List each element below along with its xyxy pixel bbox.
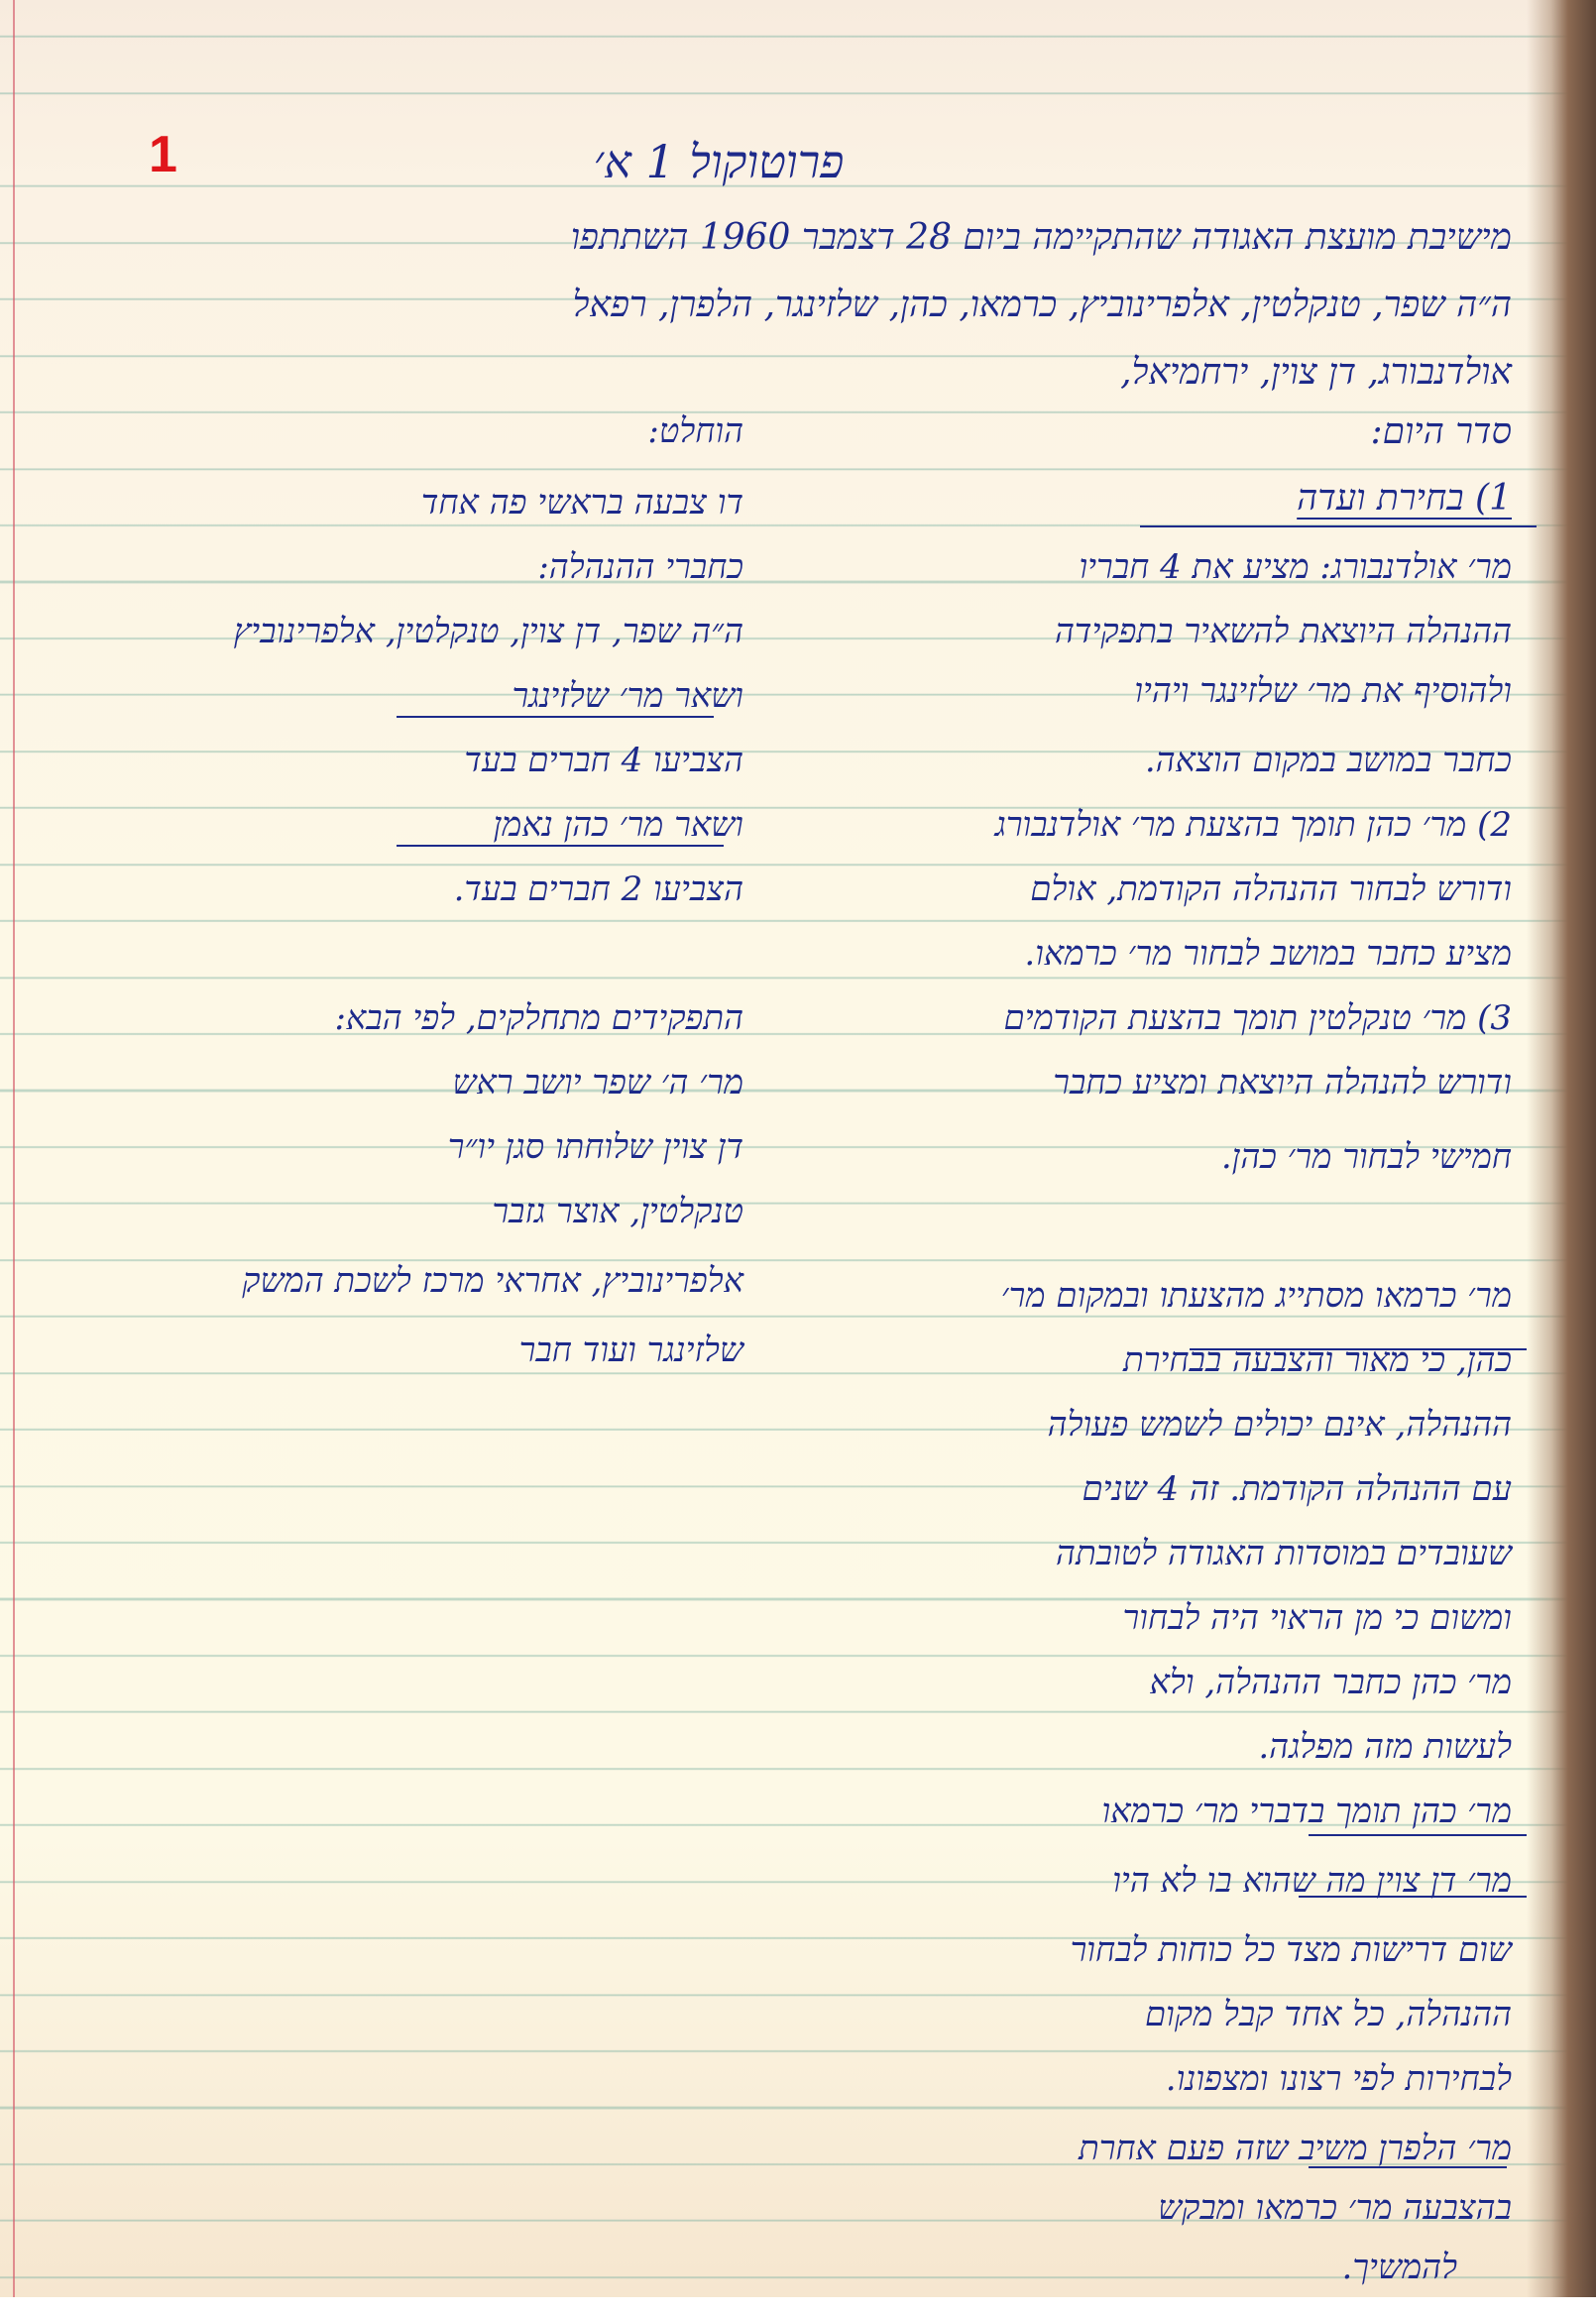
minutes-line: 2) מר׳ כהן תומך בהצעת מר׳ אולדנבורג [798,808,1512,842]
minutes-line: מר׳ דן צוין מה שהוא בו לא היו [798,1864,1512,1898]
minutes-line: מר׳ הלפרן משיב שזה פעם אחרת [798,2132,1512,2165]
minutes-line: ההנהלה, אינם יכולים לשמש פעולה [798,1408,1512,1442]
minutes-line: לעשות מזה מפלגה. [798,1730,1512,1764]
role-line: שלזינגר ועוד חבר [10,1333,743,1367]
name-underline [1190,1348,1527,1350]
resolution-line: ושאר מר׳ שלזינגר [10,679,743,713]
minutes-line: חמישי לבחור מר׳ כהן. [798,1140,1512,1174]
minutes-line: כחבר במושב במקום הוצאה. [798,744,1512,777]
minutes-line: שום דרישות מצד כל כוחות לבחור [798,1933,1512,1967]
minutes-line: לבחירות לפי רצונו ומצפונו. [798,2062,1512,2096]
page-binding-shadow [1527,0,1596,2297]
minutes-line: מר׳ כהן כחבר ההנהלה, ולא [798,1666,1512,1699]
resolution-line: דו צבעה בראשי פה אחד [10,486,743,520]
minutes-line: מציע כחבר במושב לבחור מר׳ כרמאו. [798,937,1512,971]
minutes-line: ההנהלה היוצאת להשאיר בתפקידה [798,615,1512,648]
minutes-line: ולהוסיף את מר׳ שלזינגר ויהיו [798,674,1512,708]
minutes-line: מר׳ אולדנבורג: מציע את 4 חבריו [798,550,1512,584]
resolution-line: כחברי ההנהלה: [10,550,743,584]
resolution-line: הצביעו 2 חברים בעד. [10,872,743,906]
resolution-line: ושאר מר׳ כהן נאמן [10,808,743,842]
minutes-line: 3) מר׳ טנקלטין תומך בהצעת הקודמים [798,1001,1512,1035]
role-line: אלפרינוביץ, אחראי מרכז לשכת המשק [10,1264,743,1298]
name-underline [397,845,724,847]
role-line: טנקלטין, אוצר גזבר [10,1195,743,1228]
header-line: אולדנבורג, דן צוין, ירחמיאל, [74,355,1512,391]
minutes-line: להמשיך. [743,2251,1457,2284]
minutes-line: מר׳ כהן תומך בדברי מר׳ כרמאו [798,1795,1512,1828]
document-title: פרוטוקול 1 א׳ [555,139,882,184]
resolution-line: הצביעו 4 חברים בעד [10,744,743,777]
page-number: 1 [149,129,177,180]
minutes-line: ההנהלה, כל אחד קבל מקום [798,1998,1512,2031]
resolution-line: ה״ה שפר, דן צוין, טנקלטין, אלפרינוביץ [10,615,743,648]
role-line: דן צוין שלוחתו סגן יו״ר [10,1130,743,1164]
minutes-line: עם ההנהלה הקודמת. זה 4 שנים [798,1472,1512,1506]
section-heading: 1) בחירת ועדה [798,481,1512,517]
minutes-line: שעובדים במוסדות האגודה לטובתה [798,1537,1512,1570]
minutes-line: בהצבעה מר׳ כרמאו ומבקש [798,2191,1512,2225]
name-underline [1309,2166,1507,2168]
heading-underline [1140,525,1537,527]
minutes-line: ודורש לבחור ההנהלה הקודמת, אולם [798,872,1512,906]
notebook-page: 1 פרוטוקול 1 א׳ מישיבת מועצת האגודה שהתק… [0,0,1596,2297]
name-underline [1299,1896,1527,1898]
name-underline [397,716,714,718]
name-underline [1309,1834,1527,1836]
minutes-line: ומשום כי מן הראוי היה לבחור [798,1601,1512,1635]
header-line: מישיבת מועצת האגודה שהתקיימה ביום 28 דצמ… [74,220,1512,256]
role-line: מר׳ ה׳ שפר יושב ראש [10,1066,743,1100]
header-line: ה״ה שפר, טנקלטין, אלפרינוביץ, כרמאו, כהן… [74,288,1512,323]
minutes-line: מר׳ כרמאו מסתייג מהצעתו ובמקום מר׳ [798,1279,1512,1313]
resolution-heading: הוחלט: [10,414,743,448]
minutes-line: ודורש להנהלה היוצאת ומציע כחבר [798,1066,1512,1100]
roles-heading: התפקידים מתחלקים, לפי הבא: [10,1001,743,1035]
